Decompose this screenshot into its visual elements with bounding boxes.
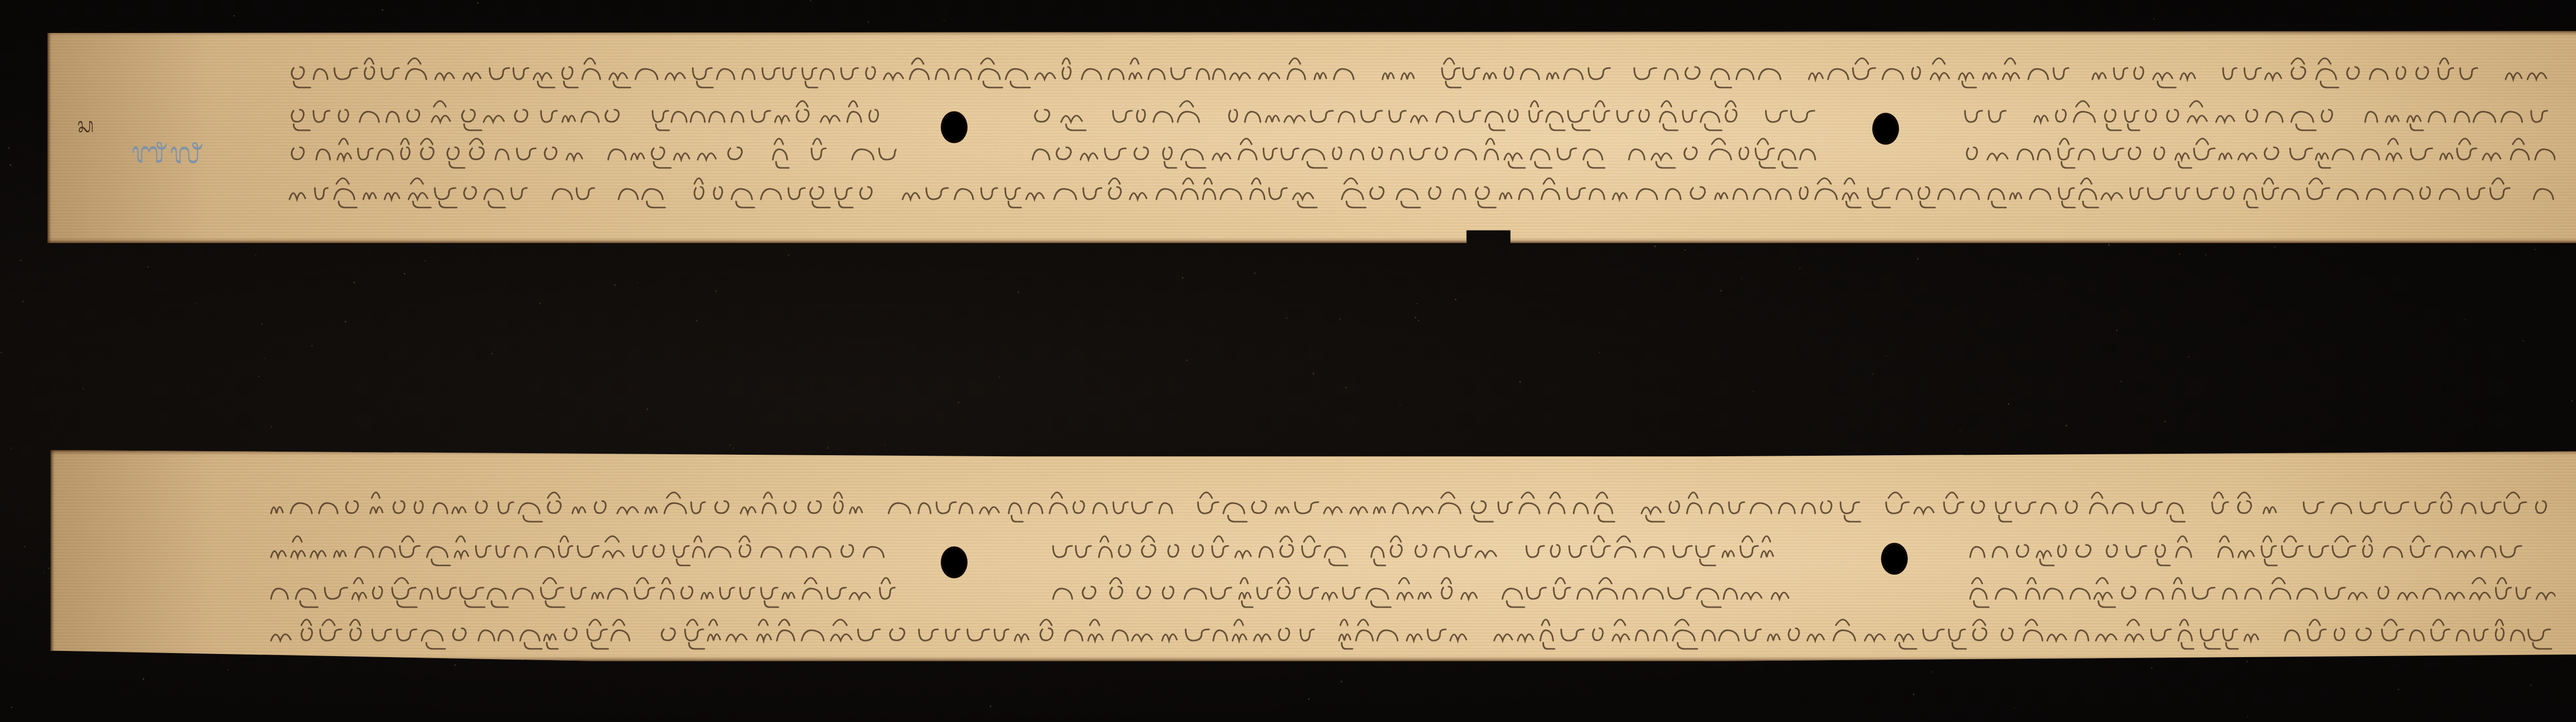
fiber-speck bbox=[2164, 421, 2166, 422]
fiber-speck bbox=[1799, 268, 1801, 269]
fiber-speck bbox=[48, 568, 49, 569]
handwritten-script bbox=[1051, 530, 1793, 566]
fiber-speck bbox=[1018, 291, 1019, 293]
script-line-segment bbox=[287, 173, 2555, 209]
fiber-speck bbox=[2116, 330, 2117, 331]
handwritten-script bbox=[1963, 95, 2555, 131]
fiber-speck bbox=[1415, 317, 1416, 318]
handwritten-script bbox=[1030, 133, 1834, 169]
fiber-speck bbox=[2571, 400, 2573, 402]
fiber-speck bbox=[11, 707, 12, 708]
handwritten-script bbox=[269, 614, 2555, 650]
script-line-segment bbox=[1051, 572, 1793, 608]
script-line-segment bbox=[269, 572, 896, 608]
fiber-speck bbox=[1186, 359, 1188, 361]
fiber-speck bbox=[264, 357, 266, 359]
fiber-speck bbox=[227, 669, 229, 671]
script-line-segment bbox=[287, 95, 896, 131]
fiber-speck bbox=[733, 448, 734, 449]
fiber-speck bbox=[382, 9, 383, 11]
script-line-segment bbox=[1963, 95, 2555, 131]
folio-mark: ᬲ bbox=[77, 111, 94, 148]
string-hole bbox=[1881, 543, 1908, 575]
fiber-speck bbox=[477, 2, 479, 4]
fiber-speck bbox=[1959, 429, 1961, 431]
fiber-speck bbox=[1931, 671, 1933, 673]
fiber-speck bbox=[2065, 425, 2067, 426]
fiber-speck bbox=[425, 260, 426, 262]
handwritten-script bbox=[269, 487, 2555, 523]
fiber-speck bbox=[345, 321, 346, 322]
fiber-speck bbox=[810, 0, 811, 2]
script-line-segment bbox=[1963, 133, 2555, 169]
handwritten-script bbox=[1030, 95, 1834, 131]
fiber-speck bbox=[1, 352, 2, 353]
script-line-segment bbox=[1968, 530, 2524, 566]
handwritten-script bbox=[287, 133, 896, 169]
string-hole bbox=[941, 546, 968, 578]
fiber-speck bbox=[2179, 253, 2180, 255]
handwritten-script bbox=[269, 530, 896, 566]
fiber-speck bbox=[404, 273, 405, 274]
script-line-segment bbox=[1030, 95, 1834, 131]
fiber-speck bbox=[2246, 661, 2248, 662]
fiber-speck bbox=[614, 284, 616, 286]
fiber-speck bbox=[258, 375, 260, 377]
fiber-speck bbox=[943, 20, 945, 22]
string-hole bbox=[1872, 113, 1899, 145]
handwritten-script bbox=[269, 572, 896, 608]
fiber-speck bbox=[1308, 698, 1310, 700]
handwritten-script bbox=[1968, 530, 2524, 566]
fiber-speck bbox=[1182, 277, 1183, 279]
handwritten-script bbox=[1968, 572, 2555, 608]
fiber-speck bbox=[196, 303, 197, 304]
script-line-segment bbox=[1030, 133, 1834, 169]
string-hole bbox=[941, 111, 968, 143]
script-line-segment bbox=[1968, 572, 2555, 608]
script-line-segment bbox=[1051, 530, 1793, 566]
script-line-segment bbox=[269, 530, 896, 566]
fiber-speck bbox=[2013, 707, 2015, 709]
fiber-speck bbox=[1654, 246, 1656, 247]
fiber-speck bbox=[958, 402, 959, 403]
script-line-segment bbox=[287, 133, 896, 169]
handwritten-script bbox=[1051, 572, 1793, 608]
handwritten-script bbox=[287, 95, 896, 131]
script-line-segment bbox=[287, 53, 2555, 89]
fiber-speck bbox=[884, 444, 886, 446]
handwritten-script bbox=[287, 173, 2555, 209]
fiber-speck bbox=[10, 164, 11, 166]
fiber-speck bbox=[270, 426, 272, 427]
fiber-speck bbox=[1341, 681, 1342, 682]
handwritten-script bbox=[1963, 133, 2555, 169]
fiber-speck bbox=[1339, 318, 1341, 320]
fiber-speck bbox=[2153, 18, 2155, 20]
fiber-speck bbox=[1345, 387, 1347, 388]
fiber-speck bbox=[1741, 278, 1742, 279]
handwritten-script bbox=[287, 53, 2555, 89]
fiber-speck bbox=[1753, 390, 1754, 392]
fiber-speck bbox=[715, 290, 717, 292]
fiber-speck bbox=[1684, 249, 1686, 251]
pencil-folio-number: ᭑᭗ bbox=[131, 131, 206, 185]
fiber-speck bbox=[2247, 716, 2248, 717]
script-line-segment bbox=[269, 614, 2555, 650]
fiber-speck bbox=[1455, 299, 1456, 300]
fiber-speck bbox=[729, 444, 731, 446]
script-line-segment bbox=[269, 487, 2555, 523]
fiber-speck bbox=[2108, 244, 2110, 246]
fiber-speck bbox=[8, 147, 10, 149]
